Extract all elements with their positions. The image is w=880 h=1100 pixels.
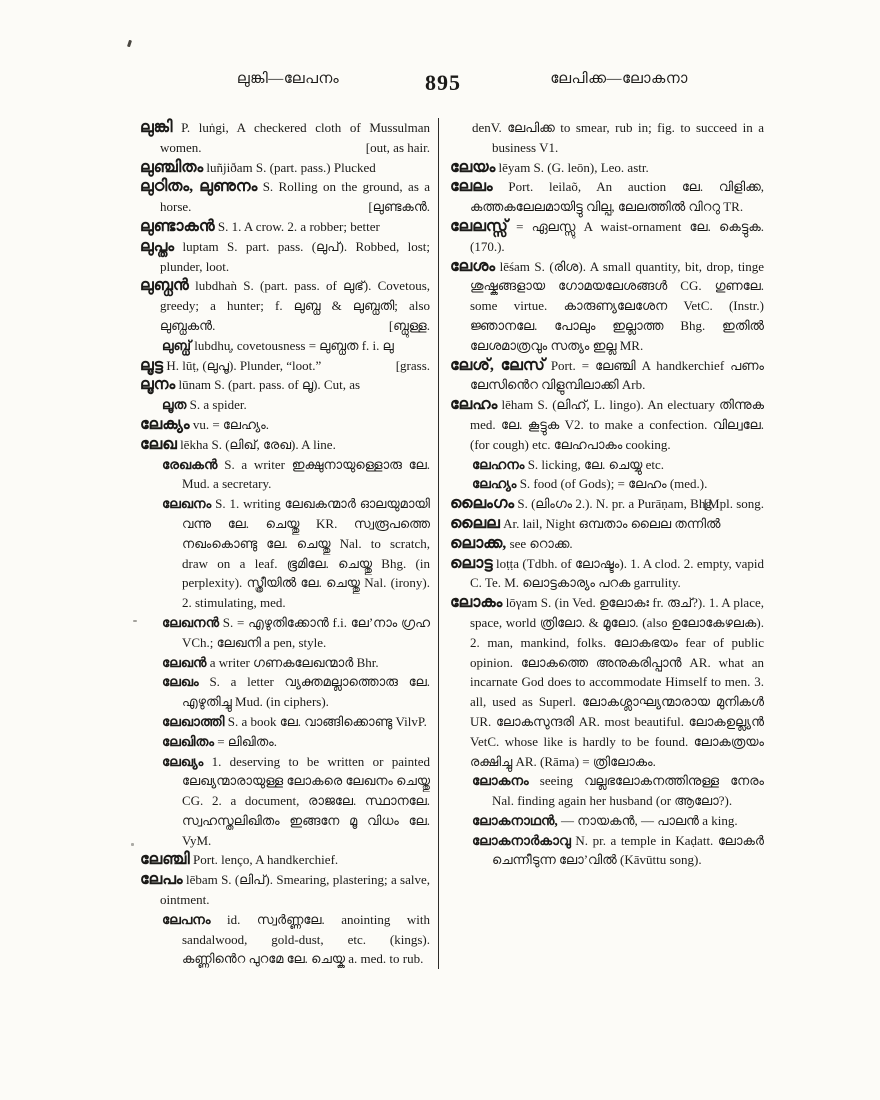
headword: ലുഠിതം, ലുണുനം bbox=[140, 178, 257, 195]
headword: ലുബ്ധൻ bbox=[140, 277, 189, 294]
sub-entry: ലേഹ്യം S. food (of Gods); = ലേഹം (med.). bbox=[450, 474, 764, 494]
sub-entry: ലുബ്ധ് lubdhu̥, covetousness = ലുബ്ധത f.… bbox=[140, 336, 430, 356]
dictionary-entry: ലേപം lēbam S. (ലിപ്). Smearing, plasteri… bbox=[140, 870, 430, 910]
entry-text: H. lūṭ, (ലുപൂ). Plunder, “loot.” bbox=[166, 358, 321, 373]
entry-text: = ഏലസ്സു A waist-ornament ലേ. കെട്ടുക. (… bbox=[470, 219, 764, 254]
entry-text: S. food (of Gods); = ലേഹം (med.). bbox=[520, 476, 708, 491]
sub-entry: ലേഖാത്തി S. a book ലേ. വാങ്ങിക്കൊണ്ടു Vi… bbox=[140, 712, 430, 732]
entry-text: S. (ലിംഗം 2.). N. pr. a Purāṇam, Bhg. bbox=[517, 496, 715, 511]
entry-text: S. a writer ഇക്ഷുനായുള്ളൊരു ലേ. Mud. a s… bbox=[182, 457, 430, 492]
headword: ലൈല bbox=[450, 515, 500, 532]
headword: ലേലം bbox=[450, 178, 493, 195]
entry-text: luñjiðam S. (part. pass.) Plucked bbox=[206, 160, 375, 175]
headword: രേഖകൻ bbox=[162, 457, 217, 472]
entry-text: lēśam S. (രിശ). A small quantity, bit, d… bbox=[470, 259, 764, 353]
entry-text: Port. lenço, A handkerchief. bbox=[193, 852, 338, 867]
sub-entry: ലേഖിതം = ലിഖിതം. bbox=[140, 732, 430, 752]
headword: ലേശം bbox=[450, 258, 495, 275]
catchword-note: [ബ്ധുള്ള. bbox=[409, 316, 430, 336]
entry-text: S. a letter വ്യക്തമല്ലാത്തൊരു ലേ. എഴുതിച… bbox=[182, 674, 430, 709]
dictionary-entry: ലുഞ്ചിതം luñjiðam S. (part. pass.) Pluck… bbox=[140, 158, 430, 178]
dictionary-entry: ലൂട്ട H. lūṭ, (ലുപൂ). Plunder, “loot.” [… bbox=[140, 356, 430, 376]
headword: ലൈംഗം bbox=[450, 495, 514, 512]
entry-text: = ലിഖിതം. bbox=[217, 734, 277, 749]
catchword-note: [ലുണ്ടകൻ. bbox=[388, 197, 430, 217]
headword: ലുബ്ധ് bbox=[162, 338, 191, 353]
right-column: denV. ലേപിക്ക to smear, rub in; fig. to … bbox=[439, 118, 764, 969]
entry-text: — നായകൻ, — പാലൻ a king. bbox=[561, 813, 738, 828]
dictionary-entry: ലൊട്ട loṭṭa (Tdbh. of ലോഷ്ടം). 1. A clod… bbox=[450, 554, 764, 594]
sub-entry: ലേഖം S. a letter വ്യക്തമല്ലാത്തൊരു ലേ. എ… bbox=[140, 672, 430, 712]
catchword-note: [grass. bbox=[416, 356, 430, 376]
left-column: ലുങ്കി P. luṅgi, A checkered cloth of Mu… bbox=[140, 118, 438, 969]
headword: ലേഖ്യം bbox=[162, 754, 203, 769]
entry-continuation: denV. ലേപിക്ക to smear, rub in; fig. to … bbox=[450, 118, 764, 158]
sub-entry: രേഖകൻ S. a writer ഇക്ഷുനായുള്ളൊരു ലേ. Mu… bbox=[140, 455, 430, 495]
entry-text: id. സ്വർണ്ണലേ. anointing with sandalwood… bbox=[182, 912, 430, 967]
entry-text: S. = എഴുതിക്കോൻ f.i. ലേ’നാം ഗ്രഹ VCh.; ല… bbox=[182, 615, 430, 650]
headword: ലേലസ്സ് bbox=[450, 218, 508, 235]
headword: ലേഖനൻ bbox=[162, 615, 219, 630]
entry-text: lēbam S. (ലിപ്). Smearing, plastering; a… bbox=[160, 872, 430, 907]
dictionary-entry: ലുഠിതം, ലുണുനം S. Rolling on the ground,… bbox=[140, 177, 430, 217]
entry-text: luptam S. part. pass. (ലുപ്). Robbed, lo… bbox=[160, 239, 430, 274]
entry-text: a writer ഗണകലേഖന്മാർ Bhr. bbox=[210, 655, 379, 670]
entry-text: Port. leilaõ, An auction ലേ. വിളിക്ക, കത… bbox=[470, 179, 764, 214]
headword: ലുപ്തം bbox=[140, 238, 174, 255]
catchword-note: [out, as hair. bbox=[386, 138, 430, 158]
headword: ലേഞ്ചി bbox=[140, 851, 190, 868]
dictionary-entry: ലേലസ്സ് = ഏലസ്സു A waist-ornament ലേ. കെ… bbox=[450, 217, 764, 257]
headword: ലേഹനം bbox=[472, 457, 524, 472]
entry-text: seeing വല്ലഭലോകനത്തിനുള്ള നേരം Nal. find… bbox=[492, 773, 764, 808]
headword: ലേക്യം bbox=[140, 416, 190, 433]
sub-entry: ലോകനം seeing വല്ലഭലോകനത്തിനുള്ള നേരം Nal… bbox=[450, 771, 764, 811]
headword: ലൂത bbox=[162, 397, 186, 412]
entry-text: lubdhu̥, covetousness = ലുബ്ധത f. i. ലു bbox=[194, 338, 394, 353]
header-guide-right: ലേപിക്ക—ലോകനാ bbox=[474, 70, 764, 88]
sub-entry: ലേഖനം S. 1. writing ലേഖകന്മാർ ഓലയുമായി വ… bbox=[140, 494, 430, 613]
page-number: 895 bbox=[412, 70, 474, 96]
sub-entry: ലേപനം id. സ്വർണ്ണലേ. anointing with sand… bbox=[140, 910, 430, 969]
headword: ലുണ്ടാകൻ bbox=[140, 218, 215, 235]
headword: ലേഖാത്തി bbox=[162, 714, 224, 729]
dictionary-entry: ലുബ്ധൻ lubdhaǹ S. (part. pass. of ലുഭ്).… bbox=[140, 276, 430, 335]
dictionary-entry: ലേഞ്ചി Port. lenço, A handkerchief. bbox=[140, 850, 430, 870]
headword: ലേഖ bbox=[140, 436, 177, 453]
dictionary-entry: ലേക്യം vu. = ലേഹ്യം. bbox=[140, 415, 430, 435]
dictionary-entry: ലൂനം lūnam S. (part. pass. of ലൂ). Cut, … bbox=[140, 375, 430, 395]
dictionary-entry: ലേശ്, ലേസ് Port. = ലേഞ്ചി A handkerchief… bbox=[450, 356, 764, 396]
text-block: ലുങ്കി P. luṅgi, A checkered cloth of Mu… bbox=[140, 118, 764, 969]
entry-text: lēyam S. (G. leōn), Leo. astr. bbox=[499, 160, 649, 175]
sub-entry: ലൂത S. a spider. bbox=[140, 395, 430, 415]
dictionary-entry: ലേയം lēyam S. (G. leōn), Leo. astr. bbox=[450, 158, 764, 178]
dictionary-entry: ലുപ്തം luptam S. part. pass. (ലുപ്). Rob… bbox=[140, 237, 430, 277]
dictionary-entry: ലോകം lōγam S. (in Ved. ഉലോകഃ fr. രുച്?).… bbox=[450, 593, 764, 771]
headword: ലേഖിതം bbox=[162, 734, 214, 749]
entry-text: vu. = ലേഹ്യം. bbox=[193, 417, 269, 432]
headword: ലുഞ്ചിതം bbox=[140, 159, 203, 176]
dictionary-page: ലുങ്കി—ലേപനം 895 ലേപിക്ക—ലോകനാ ലുങ്കി P.… bbox=[140, 70, 764, 969]
headword: ലേഹ്യം bbox=[472, 476, 516, 491]
headword: ലേഖം bbox=[162, 674, 199, 689]
catchword-note: [Mpl. song. bbox=[724, 494, 764, 514]
scan-artifact bbox=[127, 40, 132, 48]
entry-text: see റൊക്ക. bbox=[510, 536, 573, 551]
headword: ലേപനം bbox=[162, 912, 211, 927]
dictionary-entry: ലൊക്ക, see റൊക്ക. bbox=[450, 534, 764, 554]
entry-text: S. licking, ലേ. ചെയ്യു etc. bbox=[528, 457, 664, 472]
headword: ലോകനാഥൻ, bbox=[472, 813, 558, 828]
header-guide-left: ലുങ്കി—ലേപനം bbox=[140, 70, 436, 88]
sub-entry: ലേഖ്യം 1. deserving to be written or pai… bbox=[140, 752, 430, 851]
dictionary-entry: ലേശം lēśam S. (രിശ). A small quantity, b… bbox=[450, 257, 764, 356]
dictionary-entry: ലൈംഗം S. (ലിംഗം 2.). N. pr. a Purāṇam, B… bbox=[450, 494, 764, 514]
headword: ലുങ്കി bbox=[140, 119, 172, 136]
entry-text: loṭṭa (Tdbh. of ലോഷ്ടം). 1. A clod. 2. e… bbox=[470, 556, 764, 591]
entry-text: lōγam S. (in Ved. ഉലോകഃ fr. രുച്?). 1. A… bbox=[470, 595, 764, 768]
entry-text: S. a spider. bbox=[190, 397, 247, 412]
headword: ലൊക്ക, bbox=[450, 535, 506, 552]
headword: ലൂനം bbox=[140, 376, 175, 393]
scan-artifact bbox=[133, 620, 137, 622]
headword: ലൊട്ട bbox=[450, 555, 493, 572]
headword: ലോകനാർകാവു bbox=[472, 833, 571, 848]
headword: ലേഖനം bbox=[162, 496, 211, 511]
sub-entry: ലേഖനൻ S. = എഴുതിക്കോൻ f.i. ലേ’നാം ഗ്രഹ V… bbox=[140, 613, 430, 653]
sub-entry: ലേഹനം S. licking, ലേ. ചെയ്യു etc. bbox=[450, 455, 764, 475]
headword: ലേയം bbox=[450, 159, 495, 176]
dictionary-entry: ലുണ്ടാകൻ S. 1. A crow. 2. a robber; bett… bbox=[140, 217, 430, 237]
scan-artifact bbox=[131, 843, 134, 846]
running-header: ലുങ്കി—ലേപനം 895 ലേപിക്ക—ലോകനാ bbox=[140, 70, 764, 118]
dictionary-entry: ലേലം Port. leilaõ, An auction ലേ. വിളിക്… bbox=[450, 177, 764, 217]
headword: ലേശ്, ലേസ് bbox=[450, 357, 545, 374]
dictionary-entry: ലുങ്കി P. luṅgi, A checkered cloth of Mu… bbox=[140, 118, 430, 158]
headword: ലൂട്ട bbox=[140, 357, 163, 374]
entry-text: Ar. lail, Night ഒമ്പതാം ലൈല തന്നിൽ bbox=[503, 516, 720, 531]
headword: ലേഹം bbox=[450, 396, 497, 413]
entry-text: S. 1. writing ലേഖകന്മാർ ഓലയുമായി വന്നു ല… bbox=[182, 496, 430, 610]
entry-text: S. 1. A crow. 2. a robber; better bbox=[218, 219, 380, 234]
entry-text: S. a book ലേ. വാങ്ങിക്കൊണ്ടു VilvP. bbox=[228, 714, 427, 729]
dictionary-entry: ലേഖ lēkha S. (ലിഖ്, രേഖ). A line. bbox=[140, 435, 430, 455]
entry-text: 1. deserving to be written or painted ലേ… bbox=[182, 754, 430, 848]
headword: ലേഖൻ bbox=[162, 655, 206, 670]
entry-text: lēkha S. (ലിഖ്, രേഖ). A line. bbox=[180, 437, 336, 452]
headword: ലോകനം bbox=[472, 773, 529, 788]
dictionary-entry: ലേഹം lēham S. (ലിഹ്, L. lingo). An elect… bbox=[450, 395, 764, 454]
dictionary-entry: ലൈല Ar. lail, Night ഒമ്പതാം ലൈല തന്നിൽ bbox=[450, 514, 764, 534]
entry-text: lēham S. (ലിഹ്, L. lingo). An electuary … bbox=[470, 397, 764, 452]
sub-entry: ലോകനാർകാവു N. pr. a temple in Kaḍatt. ലോ… bbox=[450, 831, 764, 871]
entry-text: lūnam S. (part. pass. of ലൂ). Cut, as bbox=[178, 377, 360, 392]
sub-entry: ലേഖൻ a writer ഗണകലേഖന്മാർ Bhr. bbox=[140, 653, 430, 673]
headword: ലേപം bbox=[140, 871, 183, 888]
sub-entry: ലോകനാഥൻ, — നായകൻ, — പാലൻ a king. bbox=[450, 811, 764, 831]
headword: ലോകം bbox=[450, 594, 502, 611]
entry-text: denV. ലേപിക്ക to smear, rub in; fig. to … bbox=[472, 120, 764, 155]
